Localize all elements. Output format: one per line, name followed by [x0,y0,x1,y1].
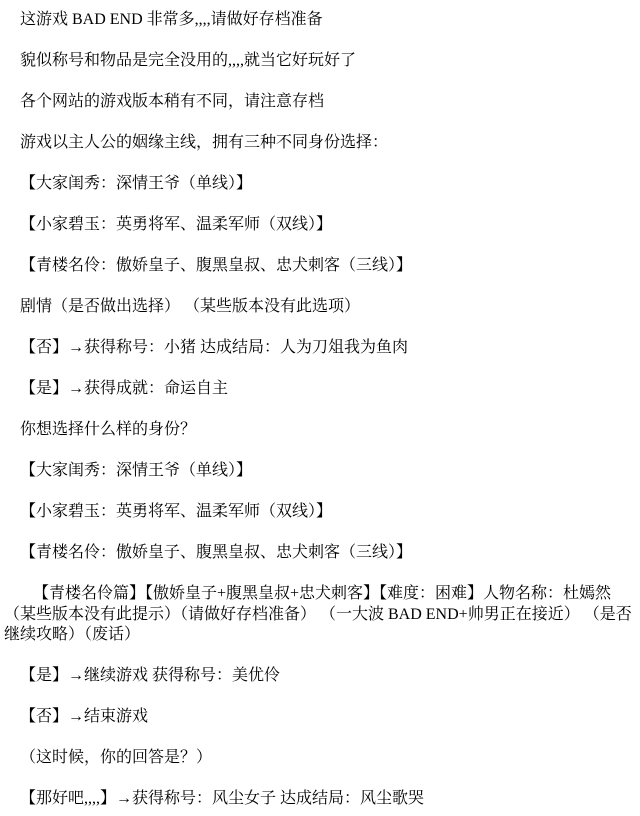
paragraph-identity-option: 【大家闺秀：深情王爷（单线）】 [4,174,634,195]
paragraph: （这时候，你的回答是？） [4,748,634,769]
paragraph-identity-option: 【小家碧玉：英勇将军、温柔军师（双线）】 [4,502,634,523]
paragraph: 貌似称号和物品是完全没用的,,,,就当它好玩好了 [4,51,634,72]
paragraph-choice-result: 【那好吧,,,,】→获得称号：风尘女子 达成结局：风尘歌哭 [4,789,634,810]
paragraph-identity-option: 【青楼名伶：傲娇皇子、腹黑皇叔、忠犬刺客（三线）】 [4,543,634,564]
paragraph-choice-result: 【否】→结束游戏 [4,707,634,728]
paragraph: 剧情（是否做出选择） （某些版本没有此选项） [4,297,634,318]
paragraph-choice-result: 【否】→获得称号：小猪 达成结局：人为刀俎我为鱼肉 [4,338,634,359]
paragraph-identity-option: 【大家闺秀：深情王爷（单线）】 [4,461,634,482]
paragraph: 这游戏 BAD END 非常多,,,,请做好存档准备 [4,10,634,31]
paragraph-choice-result: 【是】→继续游戏 获得称号：美优伶 [4,666,634,687]
document-body: 这游戏 BAD END 非常多,,,,请做好存档准备 貌似称号和物品是完全没用的… [0,0,640,810]
paragraph: 你想选择什么样的身份？ [4,420,634,441]
paragraph-identity-option: 【青楼名伶：傲娇皇子、腹黑皇叔、忠犬刺客（三线）】 [4,256,634,277]
paragraph-choice-result: 【是】→获得成就：命运自主 [4,379,634,400]
paragraph-chapter-header: 【青楼名伶篇】【傲娇皇子+腹黑皇叔+忠犬刺客】【难度：困难】人物名称：杜嫣然（某… [4,584,634,646]
paragraph: 游戏以主人公的姻缘主线，拥有三种不同身份选择： [4,133,634,154]
paragraph-identity-option: 【小家碧玉：英勇将军、温柔军师（双线）】 [4,215,634,236]
paragraph: 各个网站的游戏版本稍有不同，请注意存档 [4,92,634,113]
